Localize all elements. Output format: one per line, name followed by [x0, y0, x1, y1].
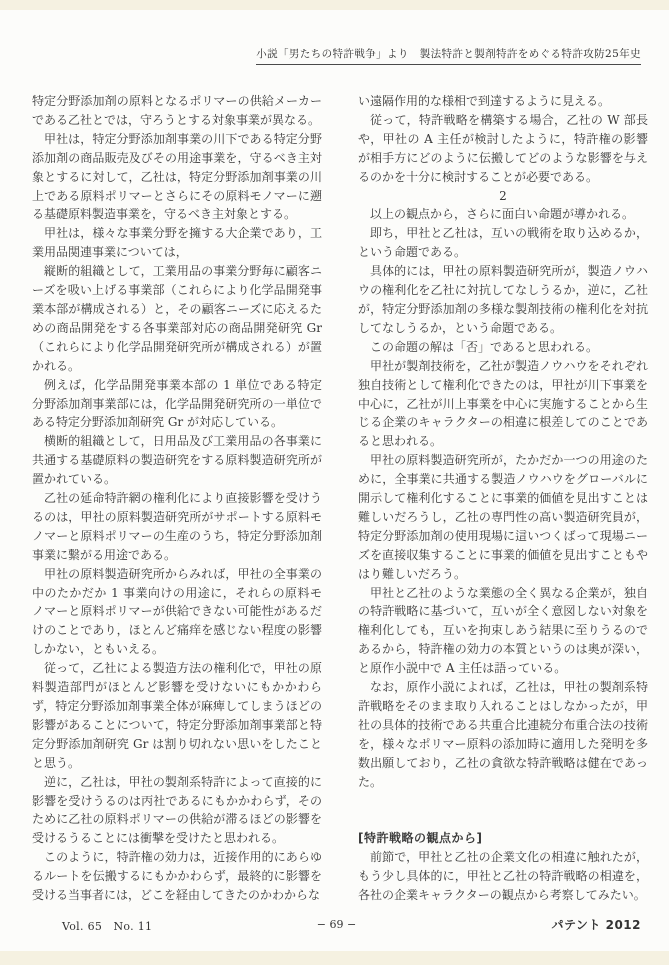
- paragraph: 従って，特許戦略を構築する場合，乙社の W 部長や，甲社の A 主任が検討したよ…: [358, 111, 648, 187]
- paragraph: 逆に，乙社は，甲社の製剤系特許によって直接的に影響を受けうるのは丙社であるにもか…: [32, 773, 322, 849]
- section-heading: [特許戦略の観点から]: [358, 829, 648, 848]
- blank-line: [358, 810, 648, 829]
- page-header-title: 小説「男たちの特許戦争」より 製法特許と製剤特許をめぐる特許攻防25年史: [256, 46, 641, 65]
- blank-line: [358, 792, 648, 811]
- right-column: い遠隔作用的な様相で到達するように見える。従って，特許戦略を構築する場合，乙社の…: [358, 92, 648, 905]
- paragraph: 縦断的組織として，工業用品の事業分野毎に顧客ニーズを吸い上げる事業部（これらによ…: [32, 262, 322, 375]
- paragraph: なお，原作小説によれば，乙社は，甲社の製剤系特許戦略をそのまま取り入れることはし…: [358, 678, 648, 791]
- paragraph: このように，特許権の効力は，近接作用的にあらゆるルートを伝搬するにもかかわらず，…: [32, 848, 322, 905]
- paragraph: 従って，乙社による製造方法の権利化で，甲社の原料製造部門がほとんど影響を受けない…: [32, 659, 322, 772]
- text-columns: 特定分野添加剤の原料となるポリマーの供給メーカーである乙社とでは，守ろうとする対…: [32, 92, 648, 905]
- paragraph: 前節で，甲社と乙社の企業文化の相違に触れたが，もう少し具体的に，甲社と乙社の特許…: [358, 848, 648, 905]
- paragraph: 甲社が製剤技術を，乙社が製造ノウハウをそれぞれ独自技術として権利化できたのは，甲…: [358, 357, 648, 452]
- section-number: 2: [358, 187, 648, 206]
- paragraph: 甲社は，様々な事業分野を擁する大企業であり，工業用品関連事業については，: [32, 224, 322, 262]
- paragraph: い遠隔作用的な様相で到達するように見える。: [358, 92, 648, 111]
- paragraph: 以上の観点から，さらに面白い命題が導かれる。: [358, 205, 648, 224]
- paragraph: 甲社の原料製造研究所からみれば，甲社の全事業の中のたかだか 1 事業向けの用途に…: [32, 565, 322, 660]
- paragraph: 甲社は，特定分野添加剤事業の川下である特定分野添加剤の商品販売及びその用途事業を…: [32, 130, 322, 225]
- paragraph: 乙社の延命特許網の権利化により直接影響を受けうるのは，甲社の原料製造研究所がサポ…: [32, 489, 322, 565]
- paragraph: 横断的組織として，日用品及び工業用品の各事業に共通する基礎原料の製造研究をする原…: [32, 432, 322, 489]
- paragraph: 特定分野添加剤の原料となるポリマーの供給メーカーである乙社とでは，守ろうとする対…: [32, 92, 322, 130]
- page-footer: Vol. 65 No. 11 − 69 − パテント 2012: [32, 916, 641, 934]
- footer-journal-name: パテント 2012: [552, 916, 641, 933]
- paragraph: 甲社と乙社のような業態の全く異なる企業が，独自の特許戦略に基づいて，互いが全く意…: [358, 584, 648, 679]
- paragraph: この命題の解は「否」であると思われる。: [358, 338, 648, 357]
- document-page: 小説「男たちの特許戦争」より 製法特許と製剤特許をめぐる特許攻防25年史 特定分…: [0, 10, 669, 951]
- left-column: 特定分野添加剤の原料となるポリマーの供給メーカーである乙社とでは，守ろうとする対…: [32, 92, 322, 905]
- paragraph: 甲社の原料製造研究所が，たかだか一つの用途のために，全事業に共通する製造ノウハウ…: [358, 451, 648, 583]
- footer-page-number: − 69 −: [32, 918, 641, 931]
- paragraph: 例えば，化学品開発事業本部の 1 単位である特定分野添加剤事業部には，化学品開発…: [32, 376, 322, 433]
- paragraph: 即ち，甲社と乙社は，互いの戦術を取り込めるか，という命題である。: [358, 224, 648, 262]
- paragraph: 具体的には，甲社の原料製造研究所が，製造ノウハウの権利化を乙社に対抗してなしうる…: [358, 262, 648, 338]
